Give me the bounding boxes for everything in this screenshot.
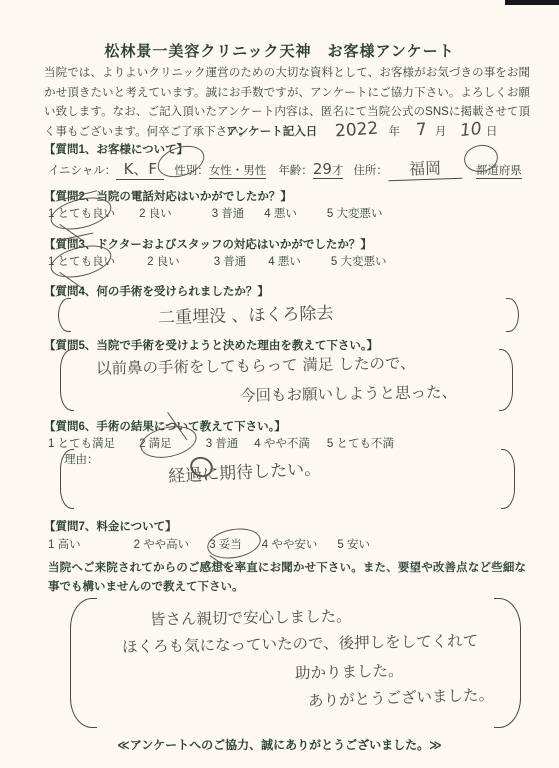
q4-bracket-right <box>506 298 519 332</box>
q5-heading: 【質問5、当院で手術を受けようと決めた理由を教えて下さい。】 <box>44 337 378 353</box>
q5-bracket-left <box>60 349 74 411</box>
initial-value-handwritten: K、F <box>116 158 164 180</box>
gender-options: 女性・男性 <box>209 162 267 179</box>
q2-option-4: 4 悪い <box>264 205 297 221</box>
feedback-bracket-left <box>70 598 97 728</box>
q6-option-1: 1 とても満足 <box>48 435 115 451</box>
footer-thanks: ≪アンケートへのご協力、誠にありがとうございました。≫ <box>0 736 559 753</box>
q2-option-5: 5 大変悪い <box>327 205 383 221</box>
q2-option-3: 3 普通 <box>212 205 245 221</box>
q3-option-3: 3 普通 <box>214 253 247 269</box>
feedback-prompt: 当院へご来院されてからのご感想を率直にお聞かせ下さい。また、要望や改善点など些細… <box>48 559 526 597</box>
q7-heading: 【質問7、料金について】 <box>44 518 177 534</box>
q7-option-2: 2 やや高い <box>134 536 190 552</box>
feedback-line1-handwritten: 皆さん親切で安心しました。 <box>150 604 352 630</box>
year-unit: 年 <box>389 123 401 139</box>
feedback-line2-handwritten: ほくろも気になっていたので、後押しをしてくれて <box>122 629 479 657</box>
date-month-handwritten: 7 <box>415 120 427 141</box>
q6-reason-bracket-right <box>501 449 515 509</box>
q6-option-3: 3 普通 <box>206 435 239 451</box>
q2-option-2: 2 良い <box>139 205 172 221</box>
address-label: 住所： <box>353 162 388 178</box>
age-unit: 才 <box>332 165 344 177</box>
date-label: アンケート記入日 <box>226 123 317 139</box>
q7-option-4: 4 やや安い <box>262 536 318 552</box>
q6-options-row: 1 とても満足 2 満足 3 普通 4 やや不満 5 とても不満 <box>48 435 394 451</box>
survey-title: 松林景一美容クリニック天神 お客様アンケート <box>0 40 559 61</box>
q4-answer-handwritten: 二重埋没 、ほくろ除去 <box>158 299 334 329</box>
q5-answer-line2-handwritten: 今回もお願いしようと思った、 <box>240 380 457 406</box>
q3-option-2: 2 良い <box>147 253 180 269</box>
q6-reason-label: 理由： <box>64 451 99 467</box>
scanned-survey-page: 松林景一美容クリニック天神 お客様アンケート 当院では、よりよいクリニック運営の… <box>0 0 559 768</box>
feedback-bracket-right <box>494 598 521 728</box>
q5-answer-line1-handwritten: 以前鼻の手術をしてもらって 満足 したので、 <box>96 351 416 379</box>
q7-option-1: 1 高い <box>48 536 81 552</box>
q1-fields-row: イニシャル： K、F 性別： 女性・男性 年齢： 29才 住所： 福岡 都道府県 <box>48 156 522 180</box>
q7-option-5: 5 安い <box>337 536 370 552</box>
month-unit: 月 <box>435 123 447 139</box>
age-group: 29才 <box>313 160 344 179</box>
age-label: 年齢： <box>278 162 313 178</box>
q5-bracket-right <box>499 349 513 411</box>
q4-bracket-left <box>58 298 71 332</box>
day-unit: 日 <box>486 123 498 139</box>
date-year-handwritten: 2022 <box>335 119 380 142</box>
feedback-line4-handwritten: ありがとうございました。 <box>308 683 495 711</box>
feedback-line3-handwritten: 助かりました。 <box>295 659 404 684</box>
q6-option-5: 5 とても不満 <box>327 435 394 451</box>
scan-artifact-bar <box>505 0 559 5</box>
date-line: アンケート記入日 2022 年 7 月 10 日 <box>226 120 498 140</box>
age-value-handwritten: 29 <box>313 160 332 178</box>
q3-option-4: 4 悪い <box>268 253 301 269</box>
address-value-handwritten: 福岡 <box>388 155 463 182</box>
q4-heading: 【質問4、何の手術を受けられましたか？】 <box>44 283 269 299</box>
q3-option-5: 5 大変悪い <box>331 253 387 269</box>
initial-label: イニシャル： <box>48 162 116 178</box>
q6-option-4: 4 やや不満 <box>254 435 310 451</box>
date-day-handwritten: 10 <box>459 119 483 141</box>
